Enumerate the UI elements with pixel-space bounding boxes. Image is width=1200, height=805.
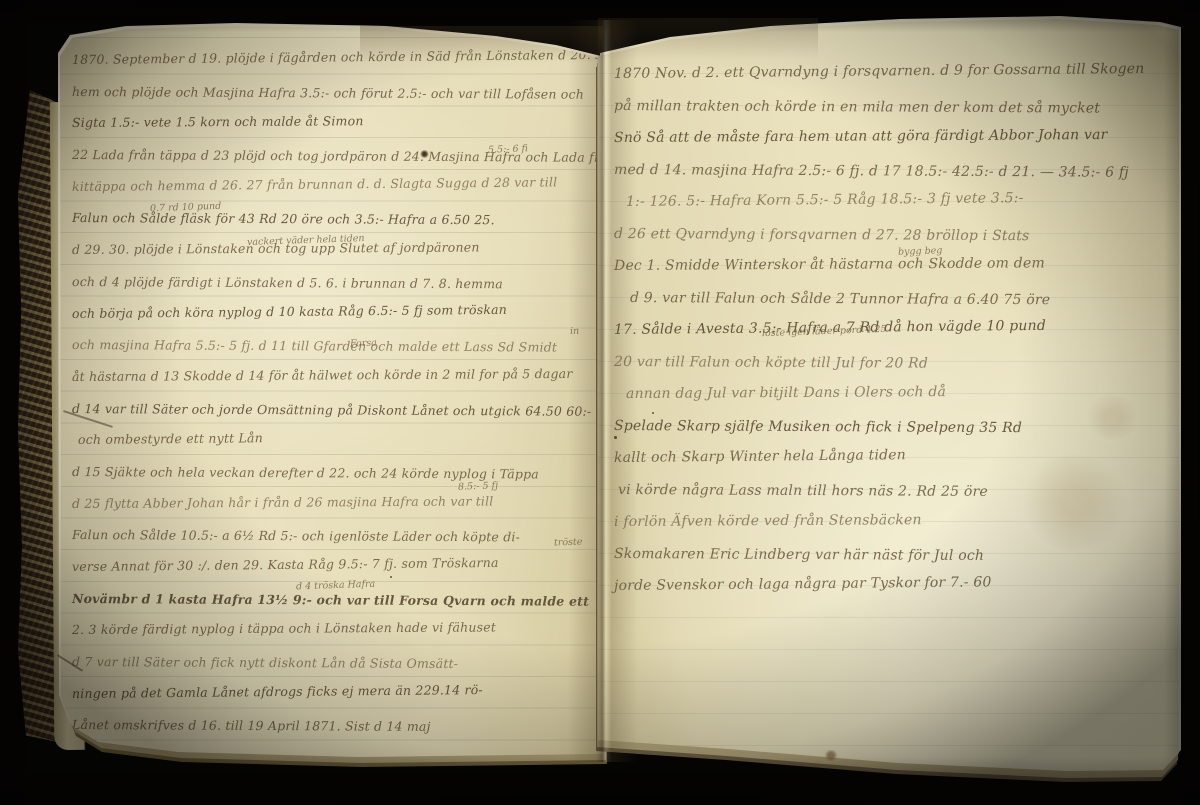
handwriting-line: kittäppa och hemma d 26. 27 från brunnan… <box>72 166 603 203</box>
ink-speck <box>652 412 654 414</box>
ink-speck <box>390 576 392 578</box>
right-page-handwriting: 1870 Nov. d 2. ett Qvarndyng i forsqvarn… <box>614 58 1182 602</box>
handwriting-line: åt hästarna d 13 Skodde d 14 för åt hälw… <box>72 358 603 393</box>
handwriting-line: 2. 3 körde färdigt nyplog i täppa och i … <box>72 611 603 646</box>
interline-note: 8.5:- 5 fj <box>458 480 498 492</box>
handwriting-line: i forlön Äfven körde ved från Stensbäcke… <box>614 503 1182 538</box>
photo-of-open-diary: 1870. September d 19. plöjde i fägården … <box>0 0 1200 805</box>
handwriting-line: 17. Sålde i Avesta 3.5:- Hafra a 7 Rd då… <box>614 309 1182 346</box>
interline-note: Forsa <box>350 338 377 350</box>
ink-speck <box>614 436 617 439</box>
handwriting-line: jorde Svenskor och laga några par Tyskor… <box>614 565 1182 602</box>
interline-note: 5.5:- 6 fi <box>488 143 528 155</box>
handwriting-line: kallt och Skarp Winter hela Långa tiden <box>614 437 1182 474</box>
interline-note: tröste <box>554 537 583 549</box>
handwriting-line: 1870. September d 19. plöjde i fägården … <box>72 39 603 76</box>
left-page: 1870. September d 19. plöjde i fägården … <box>58 26 603 760</box>
handwriting-line: d 25 flytta Abber Johan hår i från d 26 … <box>72 484 603 519</box>
handwriting-line: verse Annat för 30 :/. den 29. Kasta Råg… <box>72 546 603 583</box>
interline-note: bygg beg <box>898 245 943 258</box>
handwriting-line: Snö Så att de måste fara hem utan att gö… <box>614 119 1182 154</box>
handwriting-line: 1:- 126. 5:- Hafra Korn 5.5:- 5 Råg 18.5… <box>626 181 1182 218</box>
handwriting-line: annan dag Jul var bitjilt Dans i Olers o… <box>626 375 1182 410</box>
handwriting-line: och ombestyrde ett nytt Lån <box>78 419 603 456</box>
right-page: 1870 Nov. d 2. ett Qvarndyng i forsqvarn… <box>598 18 1182 780</box>
interline-note: in <box>570 326 580 337</box>
handwriting-line: Lånet omskrifves d 16. till 19 April 187… <box>72 709 603 743</box>
handwriting-line: Sigta 1.5:- vete 1.5 korn och malde åt S… <box>72 104 603 139</box>
handwriting-line: 1870 Nov. d 2. ett Qvarndyng i forsqvarn… <box>614 53 1182 90</box>
handwriting-line: och börja på och köra nyplog d 10 kasta … <box>72 292 603 329</box>
handwriting-line: ningen på det Gamla Lånet afdrogs ficks … <box>72 673 603 710</box>
